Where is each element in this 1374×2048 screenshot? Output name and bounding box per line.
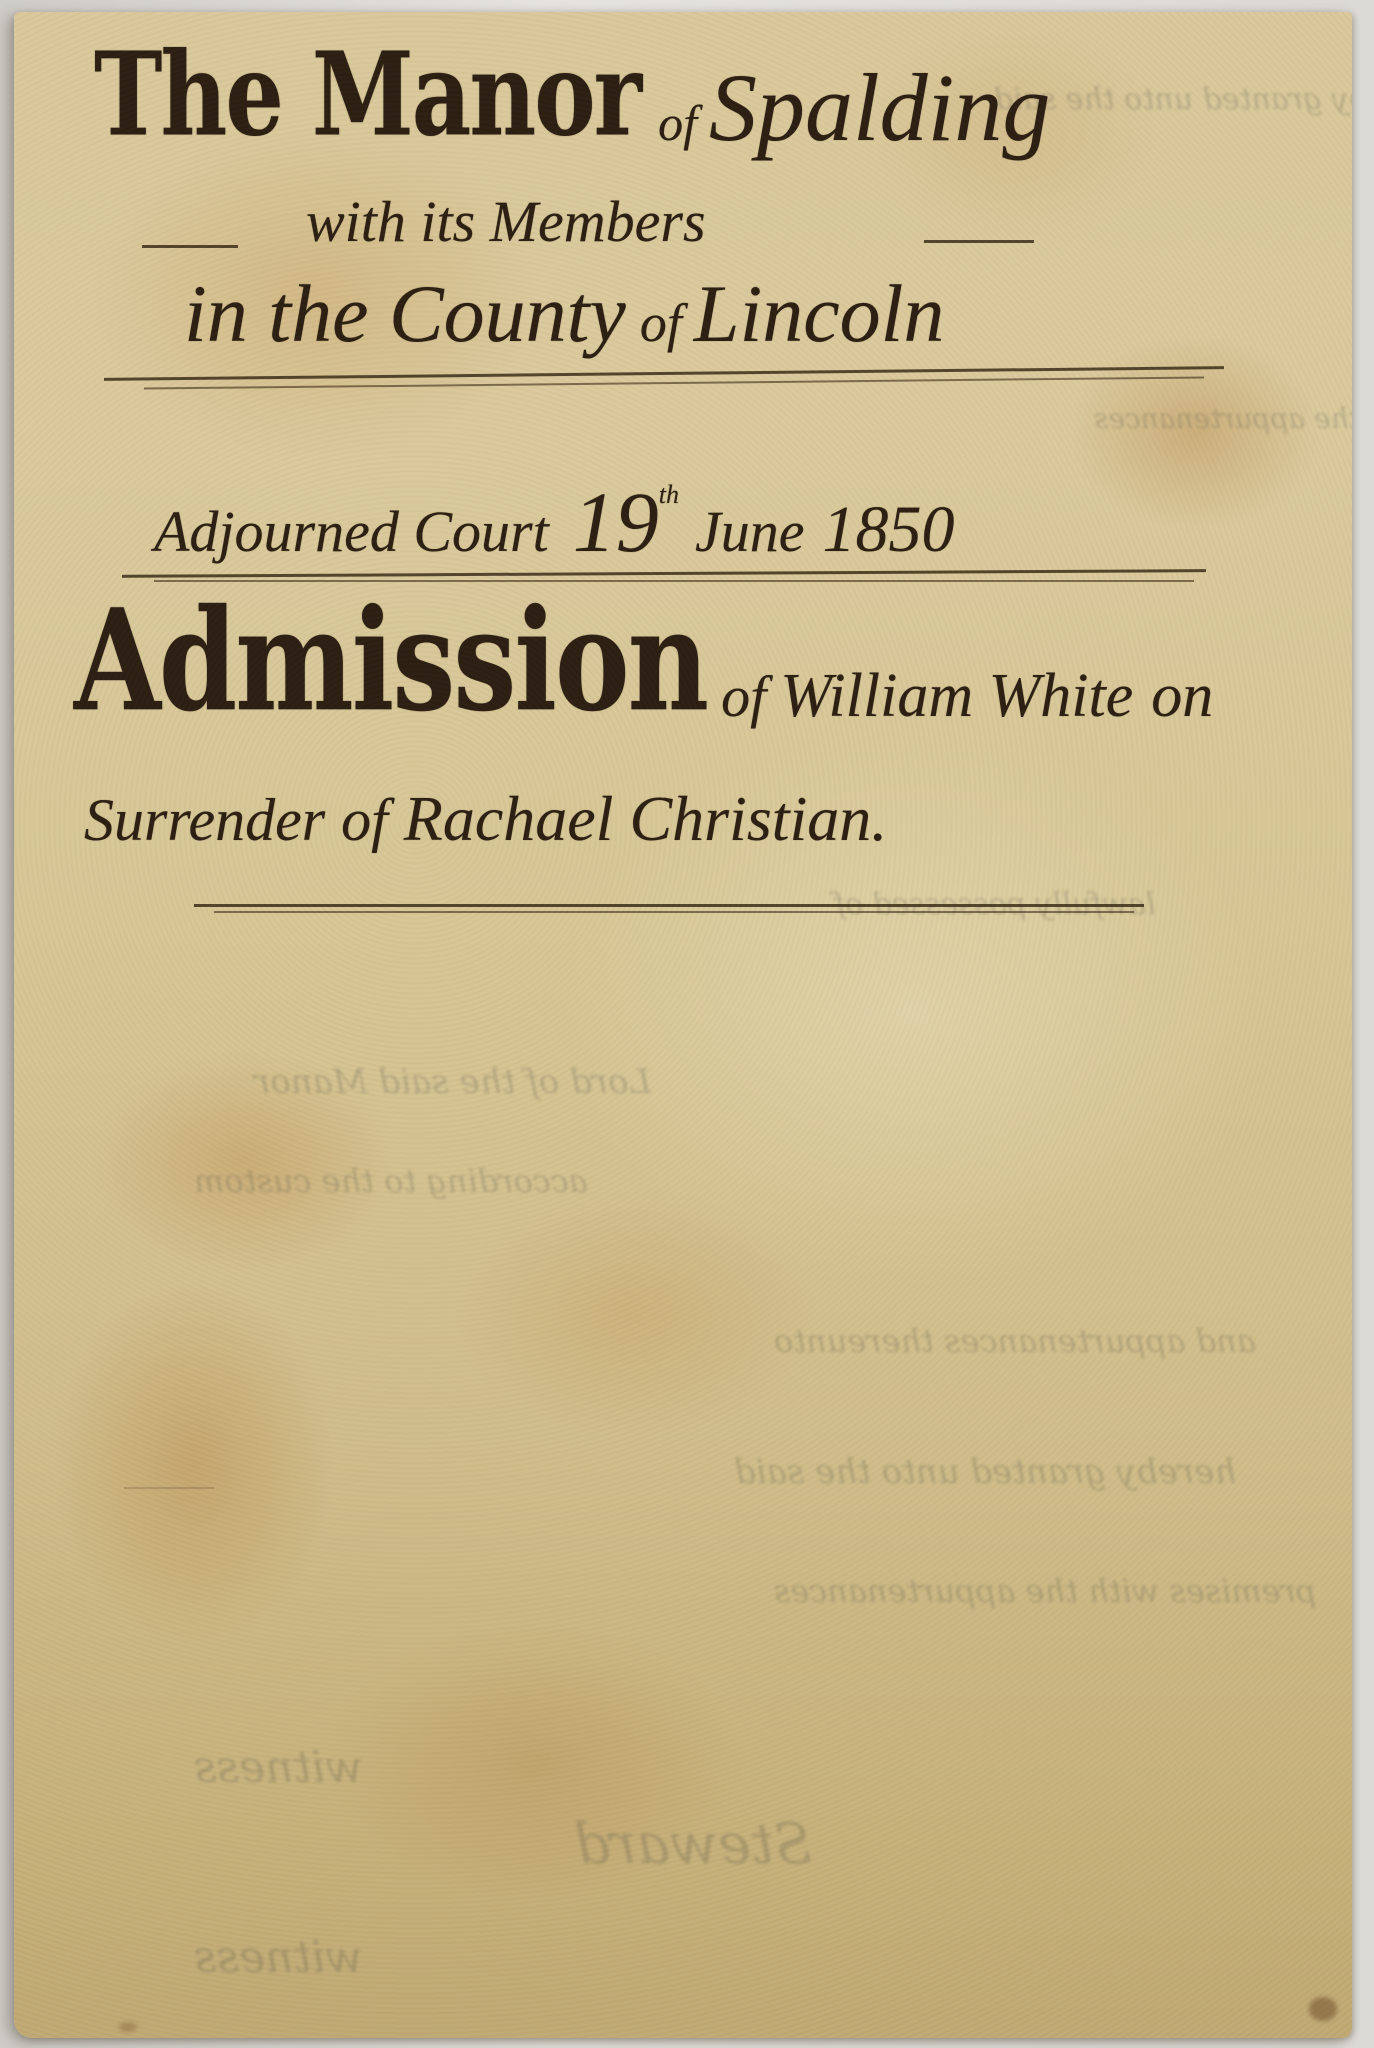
court-day: 19 (573, 474, 659, 570)
entry-rule (194, 904, 1144, 907)
bleed-through-line: premises with the appurtenances (774, 1572, 1316, 1610)
entry-rule-shadow (214, 911, 1134, 913)
entry-on: on (1151, 662, 1213, 730)
bleed-through-line: witness (194, 1932, 363, 1983)
header-connector: of (640, 293, 682, 353)
header-line-2: with its Members (306, 188, 706, 255)
entry-title: Admission (74, 579, 707, 743)
header-connector: of (658, 95, 697, 151)
bleed-through-line: witness (194, 1742, 363, 1793)
header-dash-left (142, 245, 238, 248)
entry-surrender: Surrender (84, 787, 325, 853)
entry-line-1: Admission of William White on (74, 612, 1213, 743)
court-line: Adjourned Court 19th June 1850 (154, 472, 954, 572)
bleed-through-line: premises with the appurtenances (1094, 402, 1352, 435)
header-place: Spalding (709, 54, 1050, 161)
court-year: 1850 (822, 493, 954, 566)
header-county: Lincoln (694, 268, 945, 359)
entry-line-2: Surrender of Rachael Christian. (84, 782, 887, 856)
header-dash-right (924, 240, 1034, 243)
header-line-1: The Manor of Spalding (94, 52, 1050, 163)
bleed-through-line: Lord of the said Manor (254, 1062, 651, 1102)
entry-connector-2: of (341, 787, 388, 853)
bleed-through-line: Steward (574, 1812, 812, 1877)
court-day-suffix: th (659, 480, 679, 509)
bleed-through-line: and appurtenances thereunto (774, 1322, 1256, 1360)
manuscript-page: hereby granted unto the said premises wi… (14, 12, 1352, 2038)
bleed-through-line: hereby granted unto the said (734, 1452, 1236, 1492)
entry-connector: of (721, 664, 766, 729)
margin-mark (124, 1487, 214, 1489)
stain-spot (1309, 1997, 1337, 2021)
court-label: Adjourned Court (154, 499, 549, 564)
header-line-3: in the County of Lincoln (184, 267, 944, 361)
header-county-prefix: in the County (184, 268, 626, 359)
entry-surrenderer: Rachael Christian. (404, 783, 888, 854)
bleed-through-line: according to the custom (194, 1162, 588, 1200)
court-month: June (695, 499, 805, 564)
entry-person: William White (780, 662, 1133, 730)
stain-spot (119, 2022, 137, 2032)
header-title: The Manor (94, 27, 640, 162)
